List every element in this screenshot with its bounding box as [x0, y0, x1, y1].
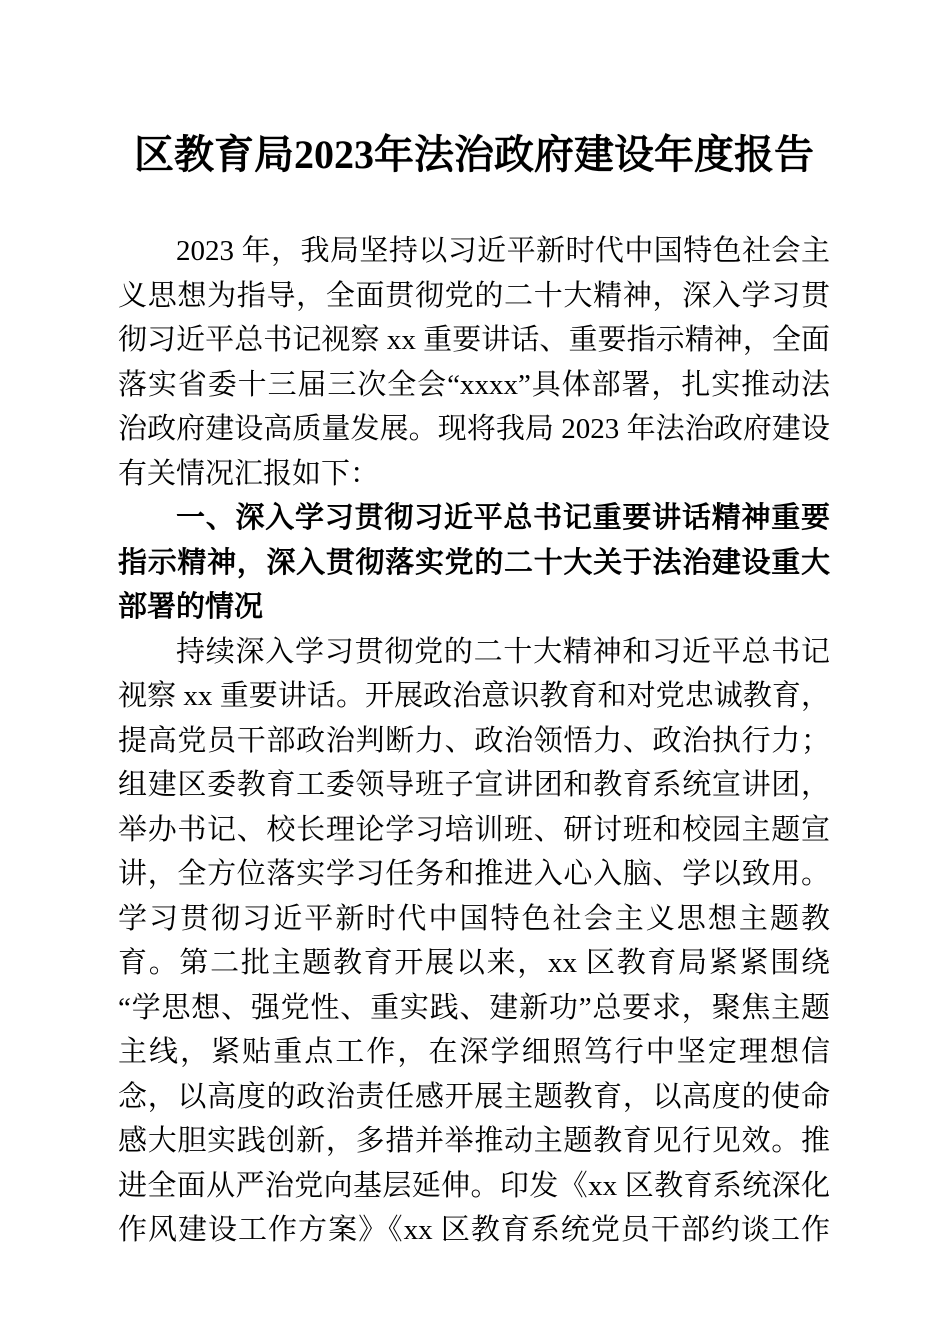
document-title: 区教育局2023年法治政府建设年度报告 [118, 131, 830, 179]
section-heading-1: 一、深入学习贯彻习近平总书记重要讲话精神重要指示精神，深入贯彻落实党的二十大关于… [118, 496, 830, 630]
paragraph-intro: 2023 年，我局坚持以习近平新时代中国特色社会主义思想为指导，全面贯彻党的二十… [118, 229, 830, 496]
document-page: 区教育局2023年法治政府建设年度报告 2023 年，我局坚持以习近平新时代中国… [0, 0, 950, 1344]
paragraph-section-1: 持续深入学习贯彻党的二十大精神和习近平总书记视察 xx 重要讲话。开展政治意识教… [118, 630, 830, 1253]
